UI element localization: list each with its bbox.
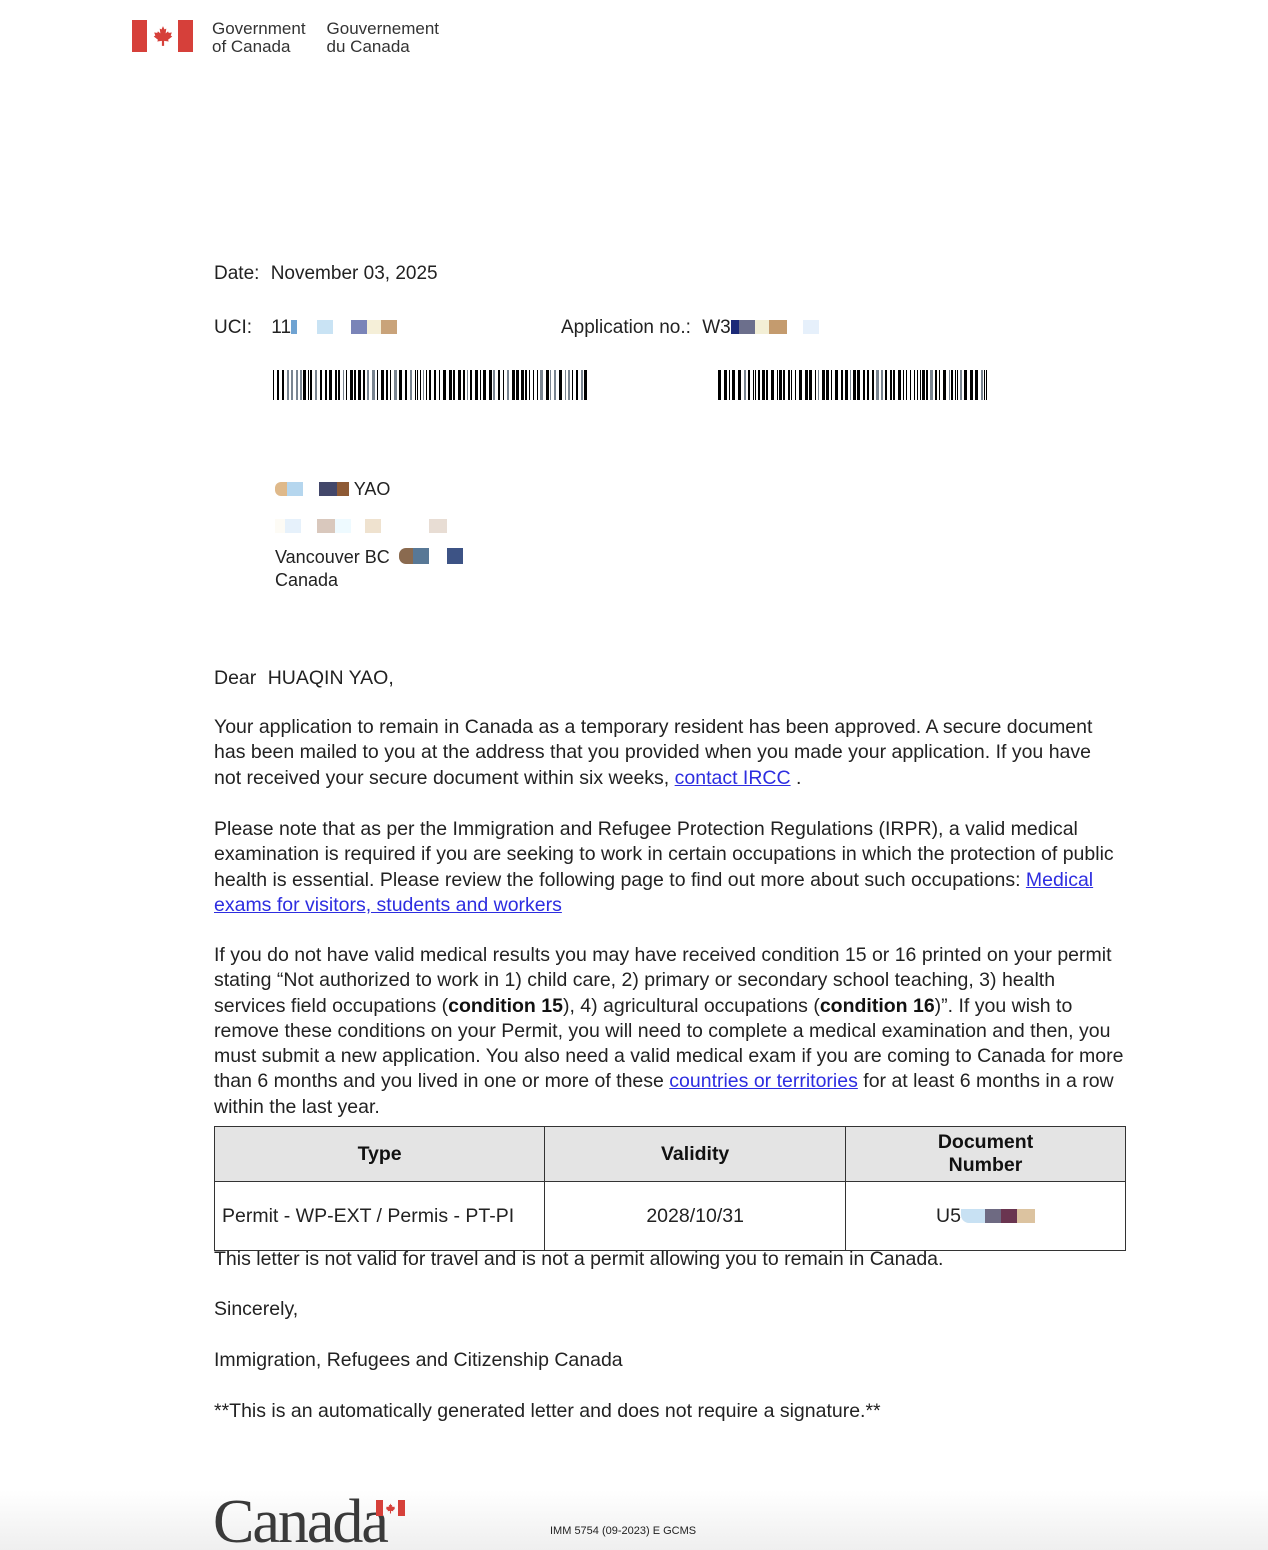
page-bottom-shadow [0, 1490, 1268, 1550]
name-redaction [287, 482, 303, 496]
street-redaction [317, 519, 335, 533]
uci-redaction [291, 320, 297, 334]
date-value: November 03, 2025 [271, 263, 438, 284]
form-code: IMM 5754 (09-2023) E GCMS [550, 1525, 696, 1537]
conditions-paragraph: If you do not have valid medical results… [214, 943, 1129, 1120]
application-label: Application no.: [561, 317, 691, 338]
document-table: Type Validity Document Number Permit - W… [214, 1126, 1126, 1251]
application-redaction [755, 320, 769, 334]
document-number-redaction [961, 1209, 985, 1223]
postal-redaction [447, 548, 463, 564]
date-line: Date: November 03, 2025 [214, 263, 438, 285]
approval-paragraph: Your application to remain in Canada as … [214, 715, 1094, 791]
document-type-cell: Permit - WP-EXT / Permis - PT-PI [215, 1182, 545, 1251]
contact-ircc-link[interactable]: contact IRCC [675, 767, 791, 789]
application-value-prefix: W3 [702, 317, 731, 338]
recipient-surname: YAO [354, 479, 391, 499]
salutation: Dear HUAQIN YAO, [214, 666, 1134, 691]
condition-15-label: condition 15 [448, 995, 563, 1017]
uci-redaction [317, 320, 333, 334]
validity-cell: 2028/10/31 [545, 1182, 846, 1251]
street-redaction [275, 519, 285, 533]
salutation-name: HUAQIN YAO, [268, 667, 394, 689]
uci-redaction [367, 320, 381, 334]
approval-text-end: . [791, 767, 802, 789]
medical-exam-paragraph: Please note that as per the Immigration … [214, 817, 1114, 918]
uci-label: UCI: [214, 317, 252, 338]
application-number-line: Application no.: W3 [561, 317, 819, 339]
conditions-text: ), 4) agricultural occupations ( [563, 995, 820, 1017]
document-number-cell: U5 [846, 1182, 1126, 1251]
application-redaction [739, 320, 755, 334]
uci-line: UCI: 11 [214, 317, 397, 339]
department-name: Immigration, Refugees and Citizenship Ca… [214, 1348, 1134, 1373]
auto-generated-note: **This is an automatically generated let… [214, 1399, 1134, 1424]
application-redaction [731, 320, 739, 334]
document-number-redaction [1001, 1209, 1017, 1223]
postal-redaction [413, 548, 429, 564]
column-header-type: Type [215, 1127, 545, 1182]
medical-exam-text: Please note that as per the Immigration … [214, 818, 1114, 891]
application-redaction [769, 320, 787, 334]
document-number-prefix: U5 [936, 1205, 961, 1227]
government-en: Government of Canada [212, 20, 306, 56]
postal-redaction [399, 548, 413, 564]
street-redaction [335, 519, 351, 533]
uci-redaction [351, 320, 367, 334]
document-number-redaction [985, 1209, 1001, 1223]
table-header-row: Type Validity Document Number [215, 1127, 1126, 1182]
recipient-name-line: YAO [275, 478, 390, 501]
recipient-city-block: Vancouver BC Canada [275, 546, 463, 592]
recipient-street-line [275, 515, 447, 538]
uci-redaction [381, 320, 397, 334]
travel-disclaimer: This letter is not valid for travel and … [214, 1247, 1134, 1272]
column-header-validity: Validity [545, 1127, 846, 1182]
condition-16-label: condition 16 [820, 995, 935, 1017]
table-row: Permit - WP-EXT / Permis - PT-PI 2028/10… [215, 1182, 1126, 1251]
date-label: Date: [214, 263, 259, 284]
government-fr: Gouvernement du Canada [327, 20, 439, 56]
street-redaction [365, 519, 381, 533]
government-of-canada-signature: Government of Canada Gouvernement du Can… [132, 20, 439, 56]
name-redaction [319, 482, 337, 496]
column-header-document-number: Document Number [846, 1127, 1126, 1182]
uci-value-prefix: 11 [271, 317, 291, 338]
street-redaction [285, 519, 301, 533]
recipient-city: Vancouver BC [275, 547, 390, 567]
street-redaction [429, 519, 447, 533]
canada-flag-icon [132, 20, 193, 52]
approval-text: Your application to remain in Canada as … [214, 716, 1092, 789]
name-redaction [275, 482, 287, 496]
name-redaction [337, 482, 349, 496]
signoff: Sincerely, [214, 1297, 1134, 1322]
wordmark-flag-icon [376, 1500, 405, 1516]
uci-barcode [273, 370, 590, 400]
recipient-country: Canada [275, 569, 463, 592]
application-barcode [718, 370, 989, 400]
application-redaction [803, 320, 819, 334]
document-number-redaction [1017, 1209, 1035, 1223]
countries-territories-link[interactable]: countries or territories [669, 1070, 858, 1092]
canada-wordmark: Canada [213, 1494, 387, 1550]
salutation-label: Dear [214, 667, 256, 689]
